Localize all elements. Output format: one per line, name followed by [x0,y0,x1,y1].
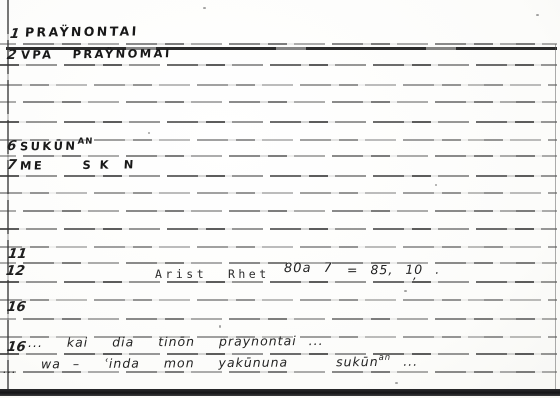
bottom-scan-edge [0,389,560,396]
ruled-line [0,43,557,45]
entry-2-number: 2 [6,47,18,63]
entry-16b-line2-trail: ... [391,354,418,369]
entry-11-number: 11 [7,246,28,262]
ruled-line [0,299,557,301]
scan-speckle [148,132,150,134]
entry-16b-number: 16 [6,339,27,355]
ruled-line [0,210,557,212]
scanned-index-card: 1 PRAŸNONTAI 2 VPA PRAŸNOMAI 6 SUKŪNAN 7… [0,0,560,398]
entry-6-superscript: AN [77,137,93,147]
scan-speckle [219,325,221,328]
ruled-line [0,192,557,194]
entry-12-citation: Arist Rhet [155,267,270,281]
entry-7-number: 7 [6,157,18,173]
entry-7-text: ME S K N [20,157,137,172]
ruled-line [0,175,557,177]
scan-speckle [435,184,437,186]
entry-1-number: 1 [9,26,21,42]
scan-speckle [404,290,407,292]
entry-16b-superscript: an [379,353,392,363]
entry-16b-left-ellipsis: ... [3,363,17,376]
ruled-line [0,84,557,86]
ruled-line [0,318,557,320]
entry-6-word: SUKŪN [20,139,78,154]
scan-speckle [536,14,539,16]
ruled-line [0,64,557,66]
ruled-line [0,246,557,248]
entry-12-reference: = 85, 10 . [347,262,440,278]
entry-16b-quote-line2: wa – ʿinda mon yakūnuna sukūnan ... [41,353,418,372]
entry-16a-number: 16 [6,299,27,315]
ruled-line [0,121,557,123]
entry-12-trailing-mark: , [413,268,418,282]
entry-12-locus: 80a 7 [284,261,333,276]
entry-1-text: PRAŸNONTAI [25,23,140,39]
entry-6-text: SUKŪNAN [20,137,94,154]
scan-speckle [395,382,398,384]
ruled-line [0,371,557,373]
scan-speckle [203,7,206,9]
entry-12-number: 12 [5,263,26,279]
ruled-line [0,101,557,103]
ruled-line [0,281,557,283]
entry-16b-line2-word: sukūn [336,354,379,369]
entry-16b-quote-line1: ... kai dia tinōn praynontai ... [28,333,324,350]
ruled-line [0,155,557,157]
ruled-line [0,228,557,230]
entry-2-text: VPA PRAŸNOMAI [21,46,172,62]
entry-16b-line2-text: wa – ʿinda mon yakūnuna [41,354,336,371]
entry-6-number: 6 [6,138,18,154]
ruled-line [0,262,557,264]
right-edge-line [555,44,556,390]
